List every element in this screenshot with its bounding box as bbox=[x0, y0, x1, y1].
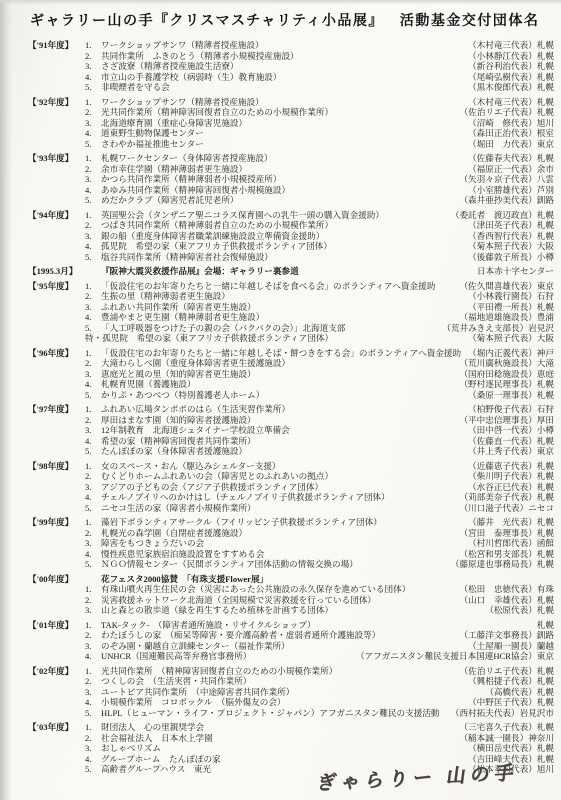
organization-name: 「人工呼吸器をつけた子の親の会（バクバクの会）」北海道支部 bbox=[101, 323, 438, 334]
representative-location: （川口滋子代表）ニセコ bbox=[459, 503, 554, 514]
organization-name: 北海道療育園（重症心身障害児施設） bbox=[101, 118, 464, 129]
representative-location: （苅部美奈子代表）札幌 bbox=[459, 492, 554, 503]
organization-name: 花フェスタ2000協賛 「有珠支援Flower展」 bbox=[101, 574, 550, 585]
representative-location: （興梠捷子代表）札幌 bbox=[468, 676, 554, 687]
representative-location: （平田禮一所長）札幌 bbox=[468, 302, 554, 313]
item-number: 2. bbox=[85, 676, 101, 687]
item-number: 3. bbox=[85, 687, 101, 698]
organization-name: 災害救援ネットワーク北海道（全国規模で災害救援を行っている団体） bbox=[101, 595, 455, 606]
item-number: 4. bbox=[85, 492, 101, 503]
item-number: 1. bbox=[85, 97, 101, 108]
recipient-row: 【'00年度】花フェスタ2000協賛 「有珠支援Flower展」 bbox=[28, 574, 554, 585]
organization-name: 「仮設住宅のお年寄りたちと一緒に年越しそばを食べる会」のボランティアへ資金援助 bbox=[101, 281, 455, 292]
recipient-row: 4.道東野生動物保護センター（森田正治代表）根室 bbox=[28, 128, 554, 139]
year-section: 【'93年度】1.札幌ワークセンター（身体障害者授産施設）（佐藤春夫代表）札幌2… bbox=[28, 153, 554, 206]
year-section: 【'02年度】1.光共同作業所 （精神障害回復者自立のための小規模作業所）（佐治… bbox=[28, 666, 554, 719]
organization-name: のぞみ園・蘭越自立訓練センター（福祉作業所） bbox=[101, 641, 464, 652]
year-label: 【'03年度】 bbox=[28, 722, 85, 733]
organization-name: ＮＧＯ情報センター（民間ボランティア団体活動の情報交換の場） bbox=[101, 559, 447, 570]
item-number: 1. bbox=[85, 210, 101, 221]
item-number: 4. bbox=[85, 549, 101, 560]
item-number: 3. bbox=[85, 425, 101, 436]
representative-location: （桑原一理事長）札幌 bbox=[468, 390, 554, 401]
representative-location: （福原正一代表）余市 bbox=[468, 164, 554, 175]
recipient-row: 4.札幌育児園（養護施設）（野村逐民理事長）札幌 bbox=[28, 379, 554, 390]
representative-location: （三宅喜久子代表）札幌 bbox=[459, 722, 554, 733]
year-label: 【'01年度】 bbox=[28, 620, 85, 631]
item-number: 特・ bbox=[85, 333, 102, 344]
recipient-row: 特・孤児院 希望の家（東アフリカ子供救援ボランティア団体）（菊本照子代表）大阪 bbox=[28, 333, 554, 344]
representative-location: （尾崎弘樹代表）札幌 bbox=[468, 72, 554, 83]
representative-location: （国府田稔施設長）恵庭 bbox=[459, 369, 554, 380]
organization-name: たんぽぽの家（身体障害者援護施設） bbox=[101, 446, 464, 457]
organization-name: 藻岩下ボランティアサークル（フイリッピン子供救援ボランティア団体） bbox=[101, 517, 464, 528]
recipient-row: 2.つくしの会 （生活実習・共同作業所）（興梠捷子代表）札幌 bbox=[28, 676, 554, 687]
representative-location: 日本赤十字センター bbox=[477, 266, 554, 277]
organization-name: 財団法人 心の里親奨学会 bbox=[101, 722, 455, 733]
representative-location: （津田英子代表）札幌 bbox=[468, 220, 554, 231]
item-number: 3. bbox=[85, 641, 101, 652]
representative-location: （菊本照子代表）大阪 bbox=[468, 333, 554, 344]
year-label: 【'91年度】 bbox=[28, 40, 85, 51]
recipient-row: 2.災害救援ネットワーク北海道（全国規模で災害救援を行っている団体）（山口 幸雄… bbox=[28, 595, 554, 606]
organization-name: おしゃべリズム bbox=[101, 743, 464, 754]
organization-name: 有珠山噴火再生住民の会（災害にあった公共施設の永久保存を進めている団体） bbox=[101, 584, 455, 595]
representative-location: （野村逐民理事長）札幌 bbox=[459, 379, 554, 390]
organization-name: 札幌光の森学園（自閉症者援護施設） bbox=[101, 528, 455, 539]
organization-name: さわやか福祉推進センター bbox=[101, 139, 464, 150]
representative-location: （稲本誠一園長）神奈川 bbox=[459, 733, 554, 744]
representative-location: （平中忠信理事長）厚田 bbox=[459, 415, 554, 426]
year-section: 【'92年度】1.ワークショップサンワ（精薄者授産施設）（木村竜三代表）札幌2.… bbox=[28, 97, 554, 150]
representative-location: （佐治リエ子代表）札幌 bbox=[460, 666, 554, 677]
representative-location: （山口 幸雄代表）札幌 bbox=[459, 595, 554, 606]
recipient-row: 5.HLPL（ヒューマン・ライフ・プロジェクト・ジャパン）アフガニスタン難民の支… bbox=[28, 708, 554, 719]
item-number: 4. bbox=[85, 379, 101, 390]
representative-location: （新谷利治代表）札幌 bbox=[468, 61, 554, 72]
item-number: 2. bbox=[85, 220, 101, 231]
representative-location: （宮田 泰理事長）札幌 bbox=[459, 528, 554, 539]
recipient-row: 2.わたぼうしの家 （痴呆等障害・要介護高齢者・虚弱者通所介護施設等）（工藤洋文… bbox=[28, 630, 554, 641]
item-number: 2. bbox=[85, 415, 101, 426]
recipient-row: 5.さわやか福祉推進センター（堀田 力代表）東京 bbox=[28, 139, 554, 150]
recipient-row: 4.孤児院 希望の家（東アフリカ子供救援ボランティア団体）（菊本照子代表）大阪 bbox=[28, 241, 554, 252]
year-label: 【'98年度】 bbox=[28, 461, 85, 472]
year-label: 【'02年度】 bbox=[28, 666, 85, 677]
organization-name: 光共同作業所 （精神障害回復者自立のための小規模作業所） bbox=[101, 666, 456, 677]
recipient-row: 3.ユートピア共同作業所 （中途障害者共同作業所）（高橋代表）札幌 bbox=[28, 687, 554, 698]
year-section: 【'97年度】1.ふれあい広場タンポポのはら（生活実習作業所）（柏野俊子代表）石… bbox=[28, 404, 554, 457]
organization-name: UNHCR（国連難民高等弁務官事務所） bbox=[101, 651, 352, 662]
year-label: 【'96年度】 bbox=[28, 348, 85, 359]
recipient-row: 2.共同作業所 ふきのとう（精薄者小規模授産施設）（小林静江代表）札幌 bbox=[28, 51, 554, 62]
item-number: 4. bbox=[85, 312, 101, 323]
item-number: 3. bbox=[85, 482, 101, 493]
representative-location: （柏野俊子代表）石狩 bbox=[468, 404, 554, 415]
recipient-row: 5.めだかクラブ（障害児者託児老所）（森井亜抄美代表）釧路 bbox=[28, 195, 554, 206]
representative-location: （工藤洋文事務長）釧路 bbox=[459, 630, 554, 641]
organization-name: 塩谷共同作業所（精神障害者社会復帰施設） bbox=[101, 252, 464, 263]
recipient-row: 【'96年度】1.「仮設住宅のお年寄りたちと一緒に年越しそば・餅つきをする会」の… bbox=[28, 348, 554, 359]
recipient-sections: 【'91年度】1.ワークショップサンワ（精薄者授産施設）（木村竜三代表）札幌2.… bbox=[28, 40, 554, 775]
item-number: 5. bbox=[85, 252, 101, 263]
item-number: 5. bbox=[85, 503, 101, 514]
year-label: 【1995.3月】 bbox=[28, 266, 85, 277]
representative-location: （木村竜三代表）札幌 bbox=[468, 40, 554, 51]
item-number: 4. bbox=[85, 697, 101, 708]
item-number: 3. bbox=[85, 174, 101, 185]
year-section: 【'98年度】1.女のスペース・おん（駆込みシェルター支援）（近藤恵子代表）札幌… bbox=[28, 461, 554, 514]
item-number: 1. bbox=[85, 40, 101, 51]
representative-location: （佐藤春夫代表）札幌 bbox=[468, 153, 554, 164]
organization-name: 孤児院 希望の家（東アフリカ子供救援ボランティア団体） bbox=[101, 241, 464, 252]
organization-name: つばき共同作業所（精神薄弱者自立のための小規模作業所） bbox=[101, 220, 464, 231]
year-section: 【'96年度】1.「仮設住宅のお年寄りたちと一緒に年越しそば・餅つきをする会」の… bbox=[28, 348, 554, 401]
recipient-row: 【'95年度】1.「仮設住宅のお年寄りたちと一緒に年越しそばを食べる会」のボラン… bbox=[28, 281, 554, 292]
representative-location: （高橋代表）札幌 bbox=[485, 687, 554, 698]
recipient-row: 2.札幌光の森学園（自閉症者援護施設）（宮田 泰理事長）札幌 bbox=[28, 528, 554, 539]
recipient-row: 【'91年度】1.ワークショップサンワ（精薄者授産施設）（木村竜三代表）札幌 bbox=[28, 40, 554, 51]
organization-name: ふれあい広場タンポポのはら（生活実習作業所） bbox=[101, 404, 464, 415]
representative-location: （土屋順一園長）蘭越 bbox=[468, 641, 554, 652]
organization-name: 英国聖公会（タンザニア聖ニコラス保育園への乳牛一頭の購入資金援助） bbox=[101, 210, 447, 221]
organization-name: チェルノブイリへのかけはし（チェルノブイリ子供救援ボランティア団体） bbox=[101, 492, 455, 503]
organization-name: 札幌育児園（養護施設） bbox=[101, 379, 455, 390]
year-label: 【'00年度】 bbox=[28, 574, 85, 585]
representative-location: （松田 忠徳代表）有珠 bbox=[459, 584, 554, 595]
item-number: 1. bbox=[85, 404, 101, 415]
organization-name: 厚田はまなす園（知的障害者援護施設） bbox=[101, 415, 455, 426]
organization-name: 恵庭光と風の里（知的障害者更生施設） bbox=[101, 369, 455, 380]
representative-location: （荒井みきえ支部長）岩見沢 bbox=[442, 323, 554, 334]
year-section: 【'95年度】1.「仮設住宅のお年寄りたちと一緒に年越しそばを食べる会」のボラン… bbox=[28, 281, 554, 344]
item-number: 2. bbox=[85, 595, 101, 606]
representative-location: （藤井 光代表）札幌 bbox=[468, 517, 554, 528]
organization-name: 社会福祉法人 日本水上学園 bbox=[101, 733, 455, 744]
representative-location: （アフガニスタン難民支援日本国連HCR協会）東京 bbox=[356, 651, 554, 662]
recipient-row: 【'93年度】1.札幌ワークセンター（身体障害者授産施設）（佐藤春夫代表）札幌 bbox=[28, 153, 554, 164]
recipient-row: 3.かつら共同作業所（精神薄弱者小規模授産所）（矢羽々京子代表）八雲 bbox=[28, 174, 554, 185]
item-number: 5. bbox=[85, 82, 101, 93]
organization-name: むくどりホームふれあいの会（障害児とのふれあいの拠点） bbox=[101, 471, 464, 482]
organization-name: かつら共同作業所（精神薄弱者小規模授産所） bbox=[101, 174, 455, 185]
item-number: 3. bbox=[85, 302, 101, 313]
item-number: 2. bbox=[85, 358, 101, 369]
recipient-row: 4.あゆみ共同作業所（精神障害回復者小規模施設）（小室勝雄代表）芦別 bbox=[28, 185, 554, 196]
recipient-row: 4.市立山の手養護学校（病弱時（生）教育施設）（尾崎弘樹代表）札幌 bbox=[28, 72, 554, 83]
item-number: 1. bbox=[85, 281, 101, 292]
organization-name: わたぼうしの家 （痴呆等障害・要介護高齢者・虚弱者通所介護施設等） bbox=[101, 630, 455, 641]
year-section: 【'94年度】1.英国聖公会（タンザニア聖ニコラス保育園への乳牛一頭の購入資金援… bbox=[28, 210, 554, 263]
recipient-row: 3.ふれあい共同作業所（障害者更生施設）（平田禮一所長）札幌 bbox=[28, 302, 554, 313]
representative-location: （佐藤直一代表）札幌 bbox=[468, 436, 554, 447]
representative-location: （藤原達也事務局長）札幌 bbox=[451, 559, 554, 570]
representative-location: （森田正治代表）根室 bbox=[468, 128, 554, 139]
item-number: 1. bbox=[85, 620, 101, 631]
item-number: 2. bbox=[85, 471, 101, 482]
year-label: 【'93年度】 bbox=[28, 153, 85, 164]
representative-location: （柴川明子代表）札幌 bbox=[468, 471, 554, 482]
organization-name: 山と森との散歩道（緑を再生するため植林を計画する団体） bbox=[101, 605, 481, 616]
recipient-row: 2.つばき共同作業所（精神薄弱者自立のための小規模作業所）（津田英子代表）札幌 bbox=[28, 220, 554, 231]
representative-location: （小林義行園長）石狩 bbox=[468, 291, 554, 302]
representative-location: （矢羽々京子代表）八雲 bbox=[459, 174, 554, 185]
recipient-row: 【'92年度】1.ワークショップサンワ（精薄者授産施設）（木村竜三代表）札幌 bbox=[28, 97, 554, 108]
organization-name: 余市幸住学園（精神薄弱者更生施設） bbox=[101, 164, 464, 175]
representative-location: （井上秀子代表）東京 bbox=[468, 446, 554, 457]
representative-location: （近藤恵子代表）札幌 bbox=[468, 461, 554, 472]
item-number: 4. bbox=[85, 754, 101, 765]
organization-name: ニセコ生活の家（障害者小規模作業所） bbox=[101, 503, 455, 514]
organization-name: 『阪神大震災救援作品展』会場：ギャラリー裏参道 bbox=[101, 266, 473, 277]
item-number: 4. bbox=[85, 436, 101, 447]
item-number: 1. bbox=[85, 584, 101, 595]
organization-name: ワークショップサンワ（精薄者授産施設） bbox=[101, 97, 464, 108]
representative-location: （小室勝雄代表）芦別 bbox=[468, 185, 554, 196]
item-number: 3. bbox=[85, 538, 101, 549]
organization-name: さざ波寮（精薄者授産施設生活寮） bbox=[101, 61, 464, 72]
item-number: 2. bbox=[85, 164, 101, 175]
year-section: 【'00年度】花フェスタ2000協賛 「有珠支援Flower展」1.有珠山噴火再… bbox=[28, 574, 554, 616]
organization-name: つくしの会 （生活実習・共同作業所） bbox=[101, 676, 464, 687]
item-number: 4. bbox=[85, 128, 101, 139]
representative-location: （堀田 力代表）東京 bbox=[468, 139, 554, 150]
organization-name: アジアの子どもの会（アジア子供救援ボランティア団体） bbox=[101, 482, 464, 493]
organization-name: 豊浦やまと更生園（精神薄弱者更生施設） bbox=[101, 312, 455, 323]
representative-location: （沼崎 修代表）旭川 bbox=[468, 118, 554, 129]
item-number: 4. bbox=[85, 241, 101, 252]
scanned-document-page: ギャラリー山の手『クリスマスチャリティ小品展』 活動基金交付団体名 【'91年度… bbox=[0, 0, 561, 800]
recipient-row: 【'02年度】1.光共同作業所 （精神障害回復者自立のための小規模作業所）（佐治… bbox=[28, 666, 554, 677]
year-section: 【'99年度】1.藻岩下ボランティアサークル（フイリッピン子供救援ボランティア団… bbox=[28, 517, 554, 570]
item-number: 1. bbox=[85, 517, 101, 528]
organization-name: 12年制教育 北海道シュタイナー学校設立準備会 bbox=[101, 425, 464, 436]
representative-location: （松原代表）札幌 bbox=[485, 605, 554, 616]
organization-name: ユートピア共同作業所 （中途障害者共同作業所） bbox=[101, 687, 481, 698]
year-section: 【'01年度】1.TAK-タック- （障害者通所施設・リサイクルショップ）札幌2… bbox=[28, 620, 554, 662]
recipient-row: 2.余市幸住学園（精神薄弱者更生施設）（福原正一代表）余市 bbox=[28, 164, 554, 175]
representative-location: （横田岳史代表）札幌 bbox=[468, 743, 554, 754]
representative-location: （黒木俊郎代表）札幌 bbox=[468, 82, 554, 93]
organization-name: かりぷ・あつべつ（特別養護老人ホーム） bbox=[101, 390, 464, 401]
item-number: 2. bbox=[85, 528, 101, 539]
item-number: 1. bbox=[85, 461, 101, 472]
recipient-row: 2.光共同作業所（精神障害回復者自立のための小規模作業所）（佐治リエ子代表）札幌 bbox=[28, 107, 554, 118]
item-number: 2. bbox=[85, 733, 101, 744]
year-label: 【'92年度】 bbox=[28, 97, 85, 108]
recipient-row: 3.恵庭光と風の里（知的障害者更生施設）（国府田稔施設長）恵庭 bbox=[28, 369, 554, 380]
item-number: 1. bbox=[85, 722, 101, 733]
item-number: 3. bbox=[85, 369, 101, 380]
organization-name: TAK-タック- （障害者通所施設・リサイクルショップ） bbox=[101, 620, 533, 631]
representative-location: （堀内正義代表）神戸 bbox=[468, 348, 554, 359]
recipient-row: 2.生振の里（精神薄弱者更生施設）（小林義行園長）石狩 bbox=[28, 291, 554, 302]
recipient-row: 5.塩谷共同作業所（精神障害者社会復帰施設）（後藤敦子所長）小樽 bbox=[28, 252, 554, 263]
recipient-row: 5.非喫煙者を守る会（黒木俊郎代表）札幌 bbox=[28, 82, 554, 93]
organization-name: 希望の家（精神障害回復者共同作業所） bbox=[101, 436, 464, 447]
recipient-row: 2.大滝わらしべ園（重度身体障害者更生援護施設）（荒川廣秋施設長）大滝 bbox=[28, 358, 554, 369]
item-number: 2. bbox=[85, 630, 101, 641]
year-label: 【'95年度】 bbox=[28, 281, 85, 292]
page-title: ギャラリー山の手『クリスマスチャリティ小品展』 bbox=[30, 10, 384, 30]
item-number: 5. bbox=[85, 764, 101, 775]
representative-location: （西村拓夫代表）岩見沢市 bbox=[451, 708, 554, 719]
recipient-row: 【'99年度】1.藻岩下ボランティアサークル（フイリッピン子供救援ボランティア団… bbox=[28, 517, 554, 528]
recipient-row: 2.厚田はまなす園（知的障害者援護施設）（平中忠信理事長）厚田 bbox=[28, 415, 554, 426]
recipient-row: 3.山と森との散歩道（緑を再生するため植林を計画する団体）（松原代表）札幌 bbox=[28, 605, 554, 616]
recipient-row: 2.むくどりホームふれあいの会（障害児とのふれあいの拠点）（柴川明子代表）札幌 bbox=[28, 471, 554, 482]
recipient-row: 4.希望の家（精神障害回復者共同作業所）（佐藤直一代表）札幌 bbox=[28, 436, 554, 447]
recipient-row: 1.有珠山噴火再生住民の会（災害にあった公共施設の永久保存を進めている団体）（松… bbox=[28, 584, 554, 595]
recipient-row: 【'98年度】1.女のスペース・おん（駆込みシェルター支援）（近藤恵子代表）札幌 bbox=[28, 461, 554, 472]
organization-name: あゆみ共同作業所（精神障害回復者小規模施設） bbox=[101, 185, 464, 196]
representative-location: （田中啓一代表）小樽 bbox=[468, 425, 554, 436]
organization-name: 孤児院 希望の家（東アフリカ子供救援ボランティア団体） bbox=[102, 333, 464, 344]
organization-name: 共同作業所 ふきのとう（精薄者小規模授産施設） bbox=[101, 51, 464, 62]
representative-location: （中野匡子代表）札幌 bbox=[468, 697, 554, 708]
organization-name: 銀の船（重度身体障害者職業訓練施設設立準備資金援助） bbox=[101, 231, 464, 242]
item-number: 1. bbox=[85, 348, 101, 359]
representative-location: （小林静江代表）札幌 bbox=[468, 51, 554, 62]
item-number: 3. bbox=[85, 118, 101, 129]
representative-location: （松宮和男支部長）札幌 bbox=[459, 549, 554, 560]
organization-name: めだかクラブ（障害児者託児老所） bbox=[101, 195, 455, 206]
recipient-row: 2.社会福祉法人 日本水上学園（稲本誠一園長）神奈川 bbox=[28, 733, 554, 744]
recipient-row: 4.チェルノブイリへのかけはし（チェルノブイリ子供救援ボランティア団体）（苅部美… bbox=[28, 492, 554, 503]
organization-name: 非喫煙者を守る会 bbox=[101, 82, 464, 93]
representative-location: （木村竜三代表）札幌 bbox=[468, 97, 554, 108]
organization-name: 大滝わらしべ園（重度身体障害者更生援護施設） bbox=[101, 358, 455, 369]
document-title-row: ギャラリー山の手『クリスマスチャリティ小品展』 活動基金交付団体名 bbox=[30, 10, 554, 30]
item-number: 2. bbox=[85, 107, 101, 118]
recipient-row: 3.おしゃべリズム（横田岳史代表）札幌 bbox=[28, 743, 554, 754]
representative-location: （香西智行代表）札幌 bbox=[468, 231, 554, 242]
organization-name: ワークショップサンワ（精薄者授産施設） bbox=[101, 40, 464, 51]
organization-name: ふれあい共同作業所（障害者更生施設） bbox=[101, 302, 464, 313]
organization-name: 市立山の手養護学校（病弱時（生）教育施設） bbox=[101, 72, 464, 83]
recipient-row: 3.北海道療育園（重症心身障害児施設）（沼崎 修代表）旭川 bbox=[28, 118, 554, 129]
item-number: 3. bbox=[85, 605, 101, 616]
representative-location: （佐久間喜雄代表）東京 bbox=[459, 281, 554, 292]
organization-name: 道東野生動物保護センター bbox=[101, 128, 464, 139]
representative-location: （森井亜抄美代表）釧路 bbox=[459, 195, 554, 206]
representative-location: （水谷正巳代表）札幌 bbox=[468, 482, 554, 493]
year-label: 【'97年度】 bbox=[28, 404, 85, 415]
recipient-row: 5.「人工呼吸器をつけた子の親の会（バクバクの会）」北海道支部（荒井みきえ支部長… bbox=[28, 323, 554, 334]
recipient-row: 3.銀の船（重度身体障害者職業訓練施設設立準備資金援助）（香西智行代表）札幌 bbox=[28, 231, 554, 242]
recipient-row: 3.障害をもつきょうだいの会（村川哲郎代表）函館 bbox=[28, 538, 554, 549]
recipient-row: 【'97年度】1.ふれあい広場タンポポのはら（生活実習作業所）（柏野俊子代表）石… bbox=[28, 404, 554, 415]
representative-location: （委託者 渡辺政直）札幌 bbox=[451, 210, 554, 221]
item-number: 3. bbox=[85, 743, 101, 754]
item-number: 4. bbox=[85, 185, 101, 196]
item-number: 1. bbox=[85, 153, 101, 164]
organization-name: 生振の里（精神薄弱者更生施設） bbox=[101, 291, 464, 302]
representative-location: （荒川廣秋施設長）大滝 bbox=[459, 358, 554, 369]
representative-location: （佐治リエ子代表）札幌 bbox=[460, 107, 554, 118]
recipient-row: 4.小規模作業所 コロボックル （脳外傷友の会）（中野匡子代表）札幌 bbox=[28, 697, 554, 708]
organization-name: 札幌ワークセンター（身体障害者授産施設） bbox=[101, 153, 464, 164]
representative-location: （後藤敦子所長）小樽 bbox=[468, 252, 554, 263]
item-number: 4. bbox=[85, 72, 101, 83]
representative-location: 札幌 bbox=[537, 620, 554, 631]
recipient-row: 【'01年度】1.TAK-タック- （障害者通所施設・リサイクルショップ）札幌 bbox=[28, 620, 554, 631]
organization-name: 障害をもつきょうだいの会 bbox=[101, 538, 464, 549]
recipient-row: 【'94年度】1.英国聖公会（タンザニア聖ニコラス保育園への乳牛一頭の購入資金援… bbox=[28, 210, 554, 221]
year-section: 【'91年度】1.ワークショップサンワ（精薄者授産施設）（木村竜三代表）札幌2.… bbox=[28, 40, 554, 93]
item-number: 5. bbox=[85, 139, 101, 150]
organization-name: 小規模作業所 コロボックル （脳外傷友の会） bbox=[101, 697, 464, 708]
representative-location: （福地道雄施設長）豊浦 bbox=[459, 312, 554, 323]
recipient-row: 3.さざ波寮（精薄者授産施設生活寮）（新谷利治代表）札幌 bbox=[28, 61, 554, 72]
recipient-row: 【1995.3月】『阪神大震災救援作品展』会場：ギャラリー裏参道日本赤十字センタ… bbox=[28, 266, 554, 277]
organization-name: HLPL（ヒューマン・ライフ・プロジェクト・ジャパン）アフガニスタン難民の支援活… bbox=[101, 708, 447, 719]
recipient-row: 4.UNHCR（国連難民高等弁務官事務所）（アフガニスタン難民支援日本国連HCR… bbox=[28, 651, 554, 662]
recipient-row: 5.ＮＧＯ情報センター（民間ボランティア団体活動の情報交換の場）（藤原達也事務局… bbox=[28, 559, 554, 570]
representative-location: （村川哲郎代表）函館 bbox=[468, 538, 554, 549]
recipient-row: 3.のぞみ園・蘭越自立訓練センター（福祉作業所）（土屋順一園長）蘭越 bbox=[28, 641, 554, 652]
page-title-right: 活動基金交付団体名 bbox=[400, 10, 540, 30]
item-number: 3. bbox=[85, 61, 101, 72]
item-number: 4. bbox=[85, 651, 101, 662]
item-number: 1. bbox=[85, 666, 101, 677]
recipient-row: 3.12年制教育 北海道シュタイナー学校設立準備会（田中啓一代表）小樽 bbox=[28, 425, 554, 436]
recipient-row: 5.ニセコ生活の家（障害者小規模作業所）（川口滋子代表）ニセコ bbox=[28, 503, 554, 514]
recipient-row: 5.かりぷ・あつべつ（特別養護老人ホーム）（桑原一理事長）札幌 bbox=[28, 390, 554, 401]
item-number: 5. bbox=[85, 708, 101, 719]
organization-name: 「仮設住宅のお年寄りたちと一緒に年越しそば・餅つきをする会」のボランティアへ資金… bbox=[101, 348, 464, 359]
item-number: 2. bbox=[85, 291, 101, 302]
organization-name: 慢性疾患児家族宿泊施設設置をすすめる会 bbox=[101, 549, 455, 560]
recipient-row: 4.豊浦やまと更生園（精神薄弱者更生施設）（福地道雄施設長）豊浦 bbox=[28, 312, 554, 323]
item-number: 5. bbox=[85, 559, 101, 570]
item-number: 5. bbox=[85, 195, 101, 206]
recipient-row: 3.アジアの子どもの会（アジア子供救援ボランティア団体）（水谷正巳代表）札幌 bbox=[28, 482, 554, 493]
recipient-row: 【'03年度】1.財団法人 心の里親奨学会（三宅喜久子代表）札幌 bbox=[28, 722, 554, 733]
year-label: 【'99年度】 bbox=[28, 517, 85, 528]
item-number: 3. bbox=[85, 231, 101, 242]
item-number: 5. bbox=[85, 390, 101, 401]
recipient-row: 5.たんぽぽの家（身体障害者援護施設）（井上秀子代表）東京 bbox=[28, 446, 554, 457]
organization-name: 女のスペース・おん（駆込みシェルター支援） bbox=[101, 461, 464, 472]
organization-name: 光共同作業所（精神障害回復者自立のための小規模作業所） bbox=[101, 107, 456, 118]
year-label: 【'94年度】 bbox=[28, 210, 85, 221]
item-number: 5. bbox=[85, 446, 101, 457]
year-section: 【1995.3月】『阪神大震災救援作品展』会場：ギャラリー裏参道日本赤十字センタ… bbox=[28, 266, 554, 277]
item-number: 2. bbox=[85, 51, 101, 62]
recipient-row: 4.慢性疾患児家族宿泊施設設置をすすめる会（松宮和男支部長）札幌 bbox=[28, 549, 554, 560]
representative-location: （菊本照子代表）大阪 bbox=[468, 241, 554, 252]
item-number: 5. bbox=[85, 323, 101, 334]
